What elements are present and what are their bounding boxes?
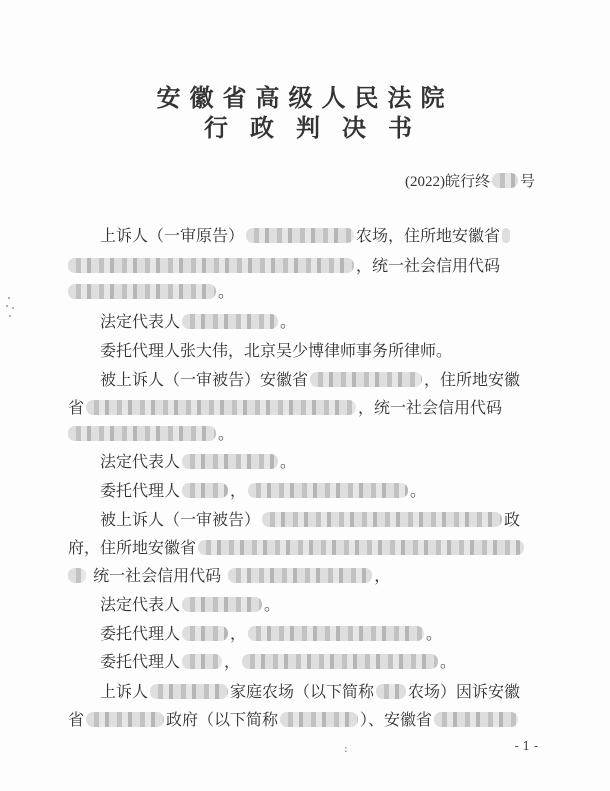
- redacted-block: [310, 372, 422, 387]
- redacted-block: [68, 284, 216, 299]
- document-page: 安徽省高级人民法院 行政判决书 (2022)皖行终号 上诉人（一审原告）农场，住…: [0, 0, 610, 791]
- paragraph-legal-rep-3: 法定代表人。: [68, 595, 566, 615]
- redacted-block: [182, 454, 278, 469]
- redacted-block: [376, 684, 406, 699]
- paragraph-line: 省，统一社会信用代码: [68, 398, 534, 418]
- redacted-block: [68, 258, 354, 273]
- scan-artifact: [4, 295, 20, 325]
- redacted-block: [182, 597, 262, 612]
- paragraph-legal-rep-1: 法定代表人。: [68, 312, 566, 332]
- paragraph-appellee-2: 被上诉人（一审被告）政: [68, 510, 566, 530]
- paragraph-line: 统一社会信用代码 ，: [68, 566, 534, 586]
- redacted-block: [246, 228, 354, 243]
- redacted-block: [492, 173, 518, 188]
- redacted-block: [182, 626, 228, 641]
- paragraph-agent-4: 委托代理人，。: [68, 652, 566, 672]
- redacted-block: [262, 512, 502, 527]
- paragraph-legal-rep-2: 法定代表人。: [68, 452, 566, 472]
- paragraph-appellant: 上诉人（一审原告）农场，住所地安徽省: [68, 226, 566, 246]
- page-number: - 1 -: [515, 739, 538, 753]
- redacted-block: [182, 314, 278, 329]
- redacted-block: [150, 684, 228, 699]
- redacted-block: [228, 568, 372, 583]
- case-number: (2022)皖行终号: [405, 170, 535, 191]
- paragraph-case-summary: 上诉人家庭农场（以下简称农场）因诉安徽: [68, 682, 566, 702]
- redacted-block: [502, 228, 510, 243]
- redacted-block: [68, 426, 216, 441]
- paragraph-line: 府，住所地安徽省: [68, 538, 534, 558]
- redacted-block: [280, 712, 358, 727]
- paragraph-agent-3: 委托代理人，。: [68, 624, 566, 644]
- paragraph-line: 。: [68, 424, 534, 444]
- redacted-block: [86, 712, 164, 727]
- redacted-block: [434, 712, 518, 727]
- redacted-block: [248, 626, 424, 641]
- document-type-title: 行政判决书: [0, 108, 610, 143]
- paragraph-line: ，统一社会信用代码: [68, 256, 534, 276]
- redacted-block: [198, 540, 524, 555]
- paragraph-agent-1: 委托代理人张大伟，北京吴少博律师事务所律师。: [68, 341, 566, 361]
- redacted-block: [248, 483, 408, 498]
- paragraph-line: 。: [68, 282, 534, 302]
- redacted-block: [182, 654, 222, 669]
- footer-mark: :: [344, 742, 348, 755]
- paragraph-appellee-1: 被上诉人（一审被告）安徽省，住所地安徽: [68, 370, 566, 390]
- redacted-block: [68, 568, 86, 583]
- redacted-block: [86, 400, 356, 415]
- redacted-block: [242, 654, 438, 669]
- paragraph-agent-2: 委托代理人，。: [68, 481, 566, 501]
- redacted-block: [182, 483, 228, 498]
- paragraph-line: 省政府（以下简称）、安徽省: [68, 710, 534, 730]
